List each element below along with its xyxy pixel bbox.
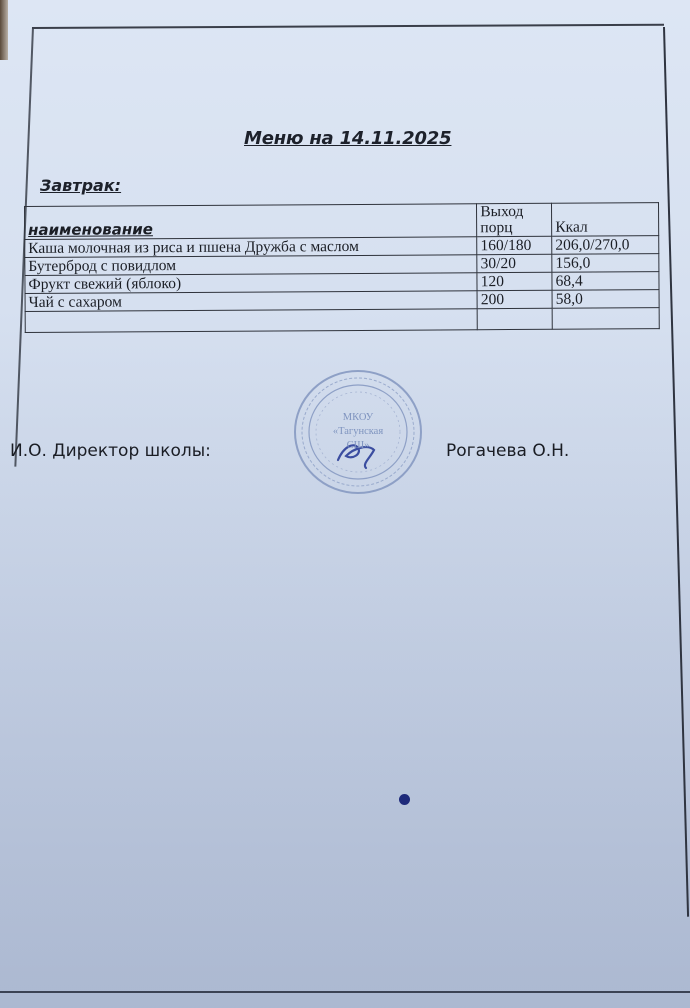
- section-heading-breakfast: Завтрак:: [40, 176, 121, 195]
- director-name: Рогачева О.Н.: [446, 441, 569, 461]
- dish-output: 30/20: [477, 254, 552, 272]
- dish-kcal: 206,0/270,0: [552, 236, 659, 255]
- dish-kcal: 156,0: [552, 254, 659, 273]
- director-label: И.О. Директор школы:: [10, 441, 211, 461]
- school-stamp: МКОУ «Тагунская СШ»: [292, 368, 424, 496]
- dish-kcal: 58,0: [552, 290, 659, 309]
- ink-dot: [399, 794, 410, 805]
- dish-name: [25, 309, 477, 333]
- header-name: наименование: [25, 204, 477, 240]
- dish-kcal: [552, 308, 659, 330]
- page-border-top: [32, 24, 664, 29]
- header-kcal: Ккал: [552, 203, 659, 237]
- dish-output: 120: [477, 272, 552, 290]
- stamp-line-2: «Тагунская: [292, 426, 424, 438]
- page-title: Меню на 14.11.2025: [244, 128, 451, 149]
- photo-edge: [0, 0, 8, 60]
- dish-output: 200: [477, 290, 552, 308]
- dish-output: [477, 308, 552, 329]
- dish-kcal: 68,4: [552, 272, 659, 291]
- stamp-line-1: МКОУ: [292, 412, 424, 424]
- table-row-empty: [25, 308, 659, 333]
- table-header-row: наименование Выходпорц Ккал: [25, 203, 659, 240]
- page-border-right: [663, 27, 689, 917]
- header-output: Выходпорц: [477, 203, 552, 236]
- stamp-line-3: СШ»: [292, 440, 424, 452]
- menu-table: наименование Выходпорц Ккал Каша молочна…: [24, 202, 660, 333]
- dish-output: 160/180: [477, 236, 552, 254]
- page-border-bottom: [0, 991, 690, 993]
